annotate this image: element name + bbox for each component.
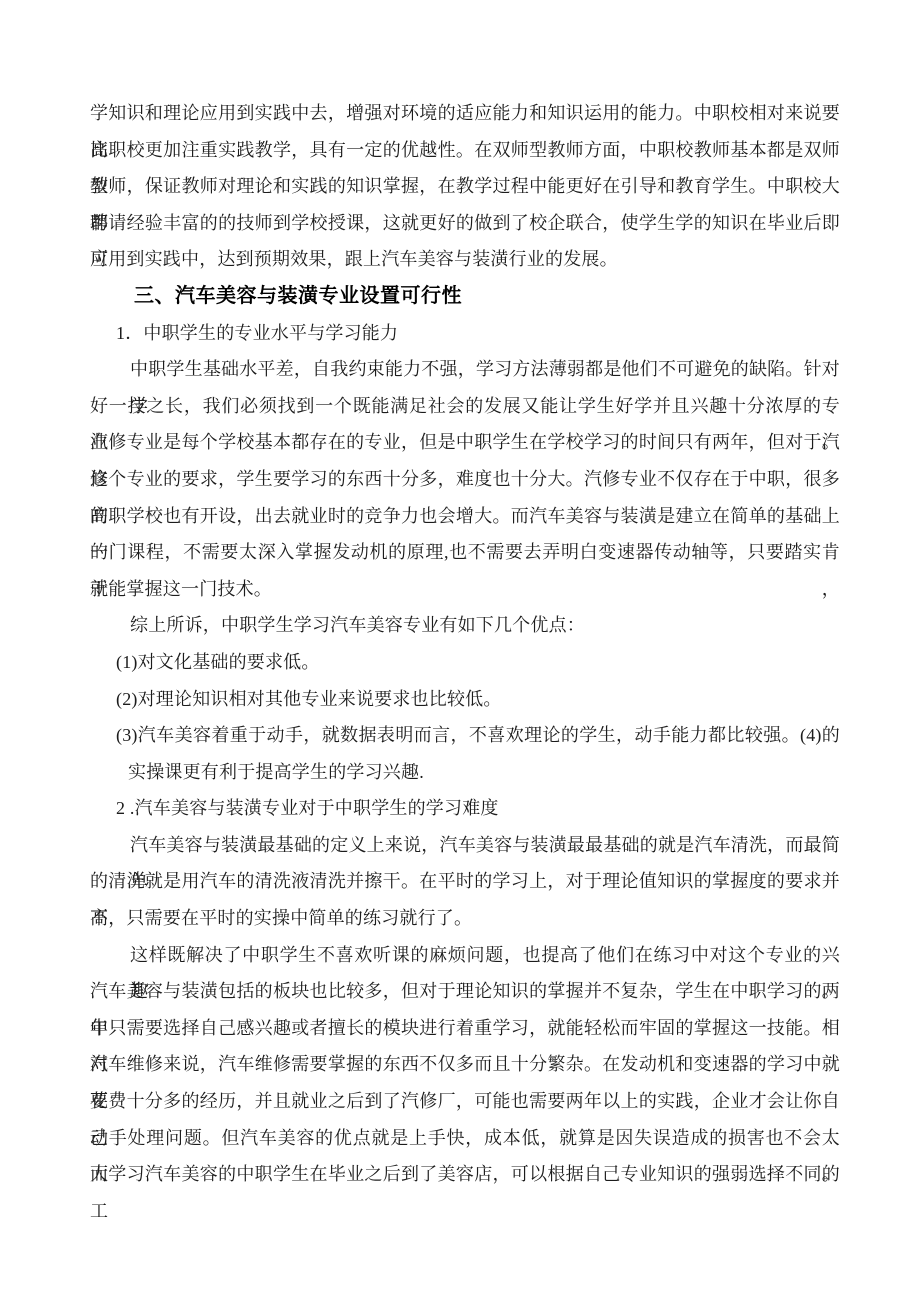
text-line: 而学习汽车美容的中职学生在毕业之后到了美容店，可以根据自己专业知识的强弱选择不同…: [90, 1156, 840, 1193]
text-line: 一门课程，不需要太深入掌握发动机的原理,也不需要去弄明白变速器传动轴等，只要踏实…: [90, 534, 840, 571]
text-line: 应用到实践中，达到预期效果，跟上汽车美容与装潢行业的发展。: [90, 241, 840, 278]
text-line: 高职校更加注重实践教学，具有一定的优越性。在双师型教师方面，中职校教师基本都是双…: [90, 132, 840, 169]
text-line: 教师，保证教师对理论和实践的知识掌握，在教学过程中能更好在引导和教育学生。中职校…: [90, 168, 840, 205]
text-line: 学知识和理论应用到实践中去，增强对环境的适应能力和知识运用的能力。中职校相对来说…: [90, 95, 840, 132]
text-line: (2)对理论知识相对其他专业来说要求也比较低。: [90, 681, 840, 718]
section-heading: 三、汽车美容与装潢专业设置可行性: [90, 278, 840, 315]
text-line: 实操课更有利于提高学生的学习兴趣.: [90, 754, 840, 791]
text-line: (3)汽车美容着重于动手，就数据表明而言，不喜欢理论的学生，动手能力都比较强。(…: [90, 717, 840, 754]
document-page: 学知识和理论应用到实践中去，增强对环境的适应能力和知识运用的能力。中职校相对来说…: [0, 0, 920, 1301]
text-line: 好一技之长，我们必须找到一个既能满足社会的发展又能让学生好学并且兴趣十分浓厚的专…: [90, 388, 840, 425]
text-line: 动手处理问题。但汽车美容的优点就是上手快，成本低，就算是因失误造成的损害也不会太…: [90, 1120, 840, 1157]
text-line: 中只需要选择自己感兴趣或者擅长的模块进行着重学习，就能轻松而牢固的掌握这一技能。…: [90, 1010, 840, 1047]
text-line: 汽车美容与装潢包括的板块也比较多，但对于理论知识的掌握并不复杂，学生在中职学习的…: [90, 973, 840, 1010]
text-line: 高职学校也有开设，出去就业时的竞争力也会增大。而汽车美容与装潢是建立在简单的基础…: [90, 498, 840, 535]
text-line: 汽修专业是每个学校基本都存在的专业，但是中职学生在学校学习的时间只有两年，但对于…: [90, 424, 840, 461]
text-line: 汽车维修来说，汽车维修需要掌握的东西不仅多而且十分繁杂。在发动机和变速器的学习中…: [90, 1046, 840, 1083]
text-line: 的清洗就是用汽车的清洗液清洗并擦干。在平时的学习上，对于理论值知识的掌握度的要求…: [90, 863, 840, 900]
text-line: 中职学生基础水平差，自我约束能力不强，学习方法薄弱都是他们不可避免的缺陷。针对学: [90, 351, 840, 388]
text-line: 这个专业的要求，学生要学习的东西十分多，难度也十分大。汽修专业不仅存在于中职，很…: [90, 461, 840, 498]
text-line: 综上所诉，中职学生学习汽车美容专业有如下几个优点：: [90, 607, 840, 644]
text-line: 高，只需要在平时的实操中简单的练习就行了。: [90, 900, 840, 937]
text-line: 聘请经验丰富的的技师到学校授课，这就更好的做到了校企联合，使学生学的知识在毕业后…: [90, 205, 840, 242]
text-line: (1)对文化基础的要求低。: [90, 644, 840, 681]
text-line: 汽车美容与装潢最基础的定义上来说，汽车美容与装潢最最基础的就是汽车清洗，而最简单: [90, 827, 840, 864]
text-line: 2 .汽车美容与装潢专业对于中职学生的学习难度: [90, 790, 840, 827]
document-content: 学知识和理论应用到实践中去，增强对环境的适应能力和知识运用的能力。中职校相对来说…: [90, 95, 840, 1193]
text-line: 这样既解决了中职学生不喜欢听课的麻烦问题，也提高了他们在练习中对这个专业的兴趣。: [90, 937, 840, 974]
text-line: 花费十分多的经历，并且就业之后到了汽修厂，可能也需要两年以上的实践，企业才会让你…: [90, 1083, 840, 1120]
text-line: 1．中职学生的专业水平与学习能力: [90, 315, 840, 352]
